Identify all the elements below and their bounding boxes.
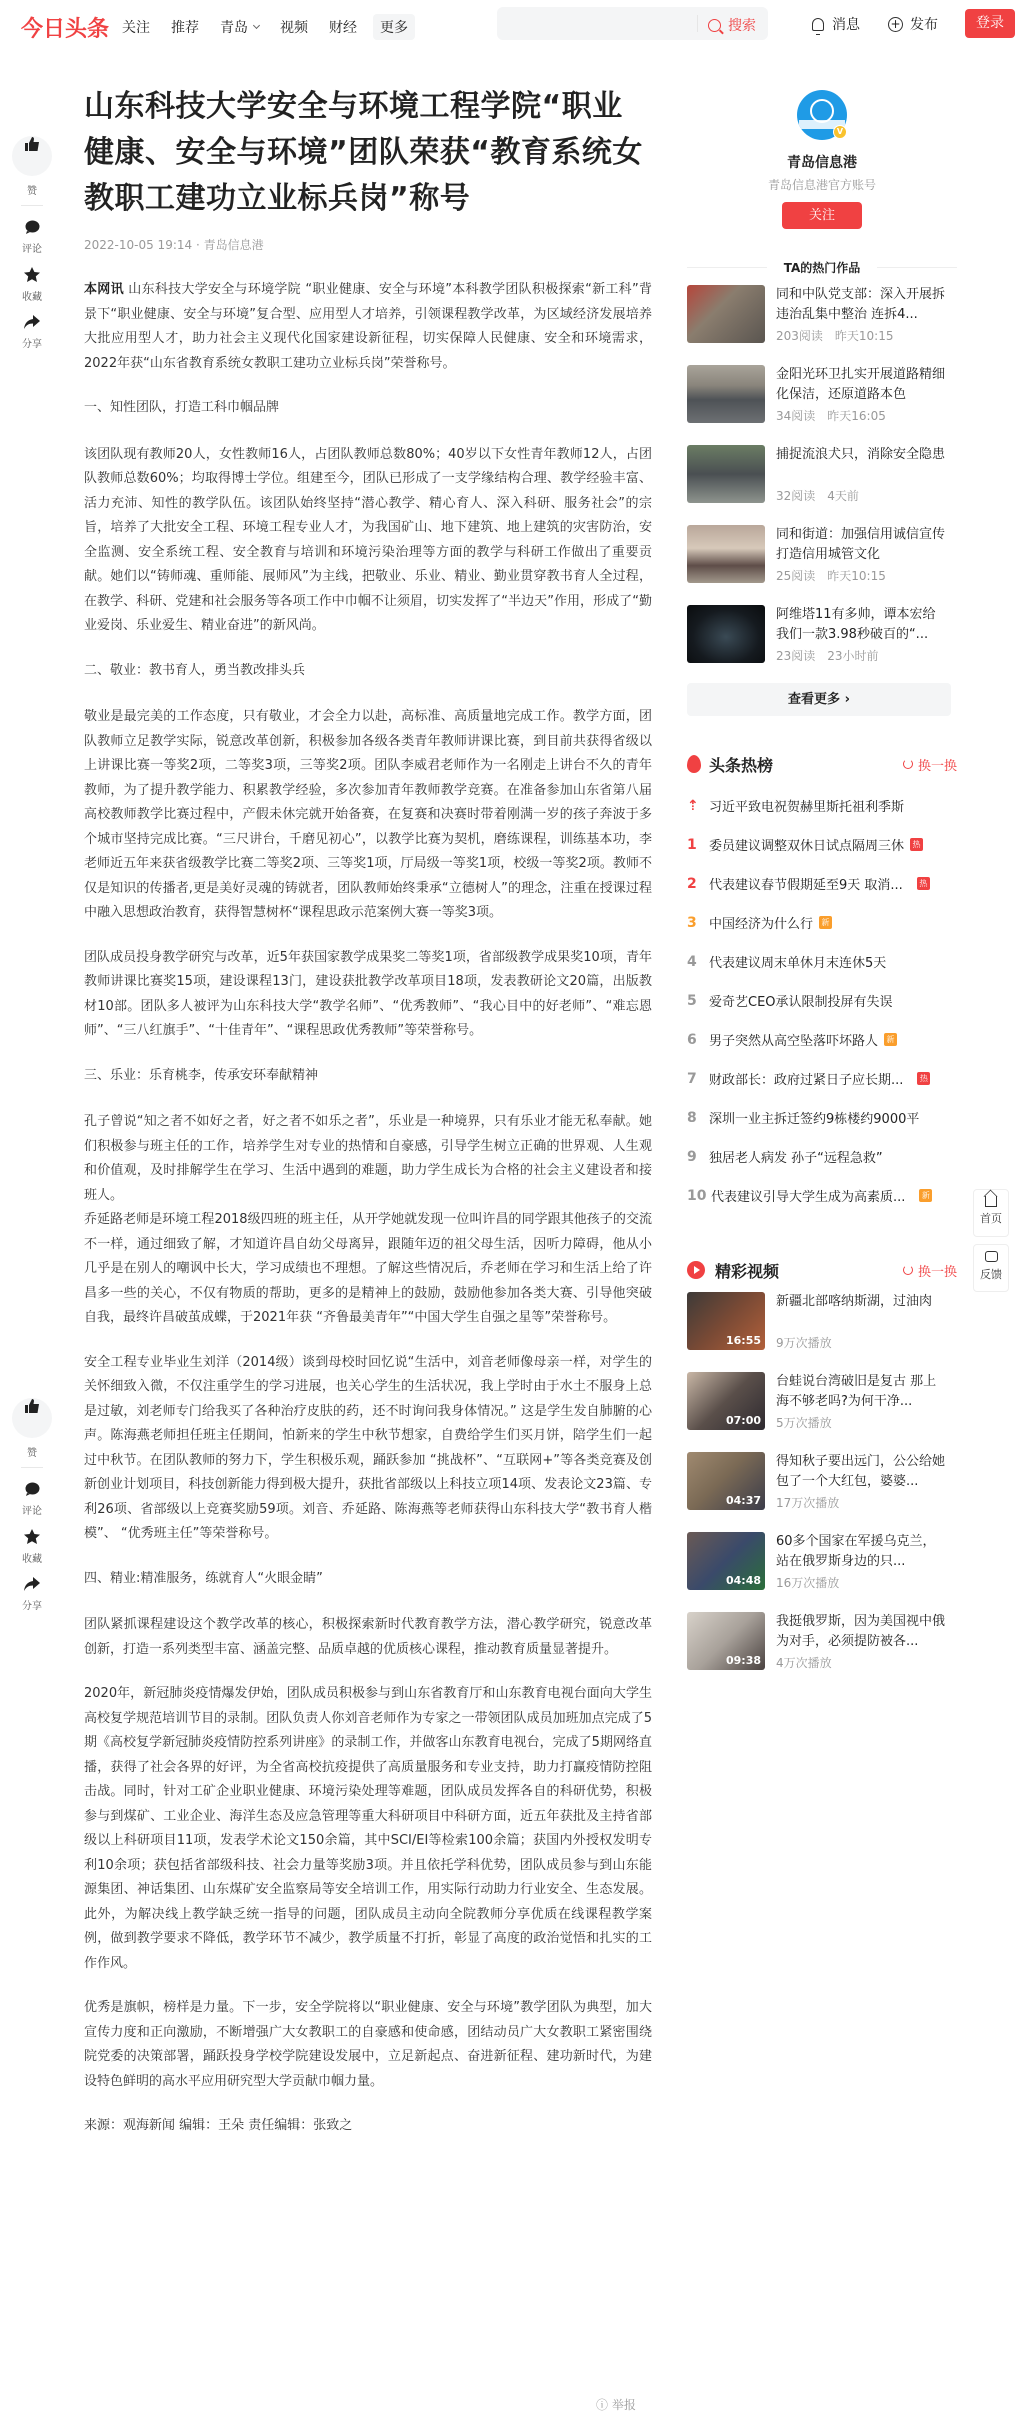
video-item[interactable]: 16:55 新疆北部喀纳斯湖，过油肉9万次播放 — [687, 1292, 957, 1364]
video-thumbnail: 04:37 — [687, 1452, 765, 1510]
report-button[interactable]: ⓘ 举报 — [596, 2396, 636, 2413]
comment-label: 评论 — [12, 1502, 52, 1517]
search-button-label: 搜索 — [728, 15, 756, 35]
video-title: 我挺俄罗斯，因为美国视中俄为对手，必须提防被各... — [776, 1612, 946, 1652]
share-icon[interactable] — [24, 1577, 40, 1591]
hot-badge: 热 — [917, 1072, 930, 1085]
article-actions-top: 赞 评论 收藏 分享 — [12, 136, 52, 358]
search-divider — [697, 15, 698, 32]
video-item[interactable]: 04:37 得知秋子要出远门，公公给她包了一个大红包，婆婆...17万次播放 — [687, 1452, 957, 1524]
paragraph: 优秀是旗帜，榜样是力量。下一步，安全学院将以“职业健康、安全与环境”教学团队为典… — [84, 1996, 652, 2094]
work-time: 昨天10:15 — [835, 329, 894, 343]
hot-item-text: 代表建议春节假期延至9天 取消... — [709, 874, 903, 893]
hot-board-title: 头条热榜 — [709, 753, 773, 776]
article-body: 本网讯 山东科技大学安全与环境学院 “职业健康、安全与环境”本科教学团队积极探索… — [84, 278, 652, 2139]
hot-item-text: 深圳一业主拆迁签约9栋楼约9000平 — [709, 1108, 919, 1127]
author-name[interactable]: 青岛信息港 — [687, 152, 957, 172]
author-card: V 青岛信息港 青岛信息港官方账号 关注 TA的热门作品 同和中队党支部：深入开… — [687, 84, 957, 716]
hot-item[interactable]: 4代表建议周末单休月末连休5天 — [687, 942, 957, 981]
video-item[interactable]: 09:38 我挺俄罗斯，因为美国视中俄为对手，必须提防被各...4万次播放 — [687, 1612, 957, 1684]
work-reads: 32阅读 — [776, 489, 815, 503]
like-button[interactable] — [12, 1398, 52, 1438]
search-input[interactable]: 搜索 — [497, 7, 768, 40]
hot-item[interactable]: 3中国经济为什么行新 — [687, 903, 957, 942]
refresh-icon — [903, 759, 913, 769]
video-title: 新疆北部喀纳斯湖，过油肉 — [776, 1292, 946, 1332]
comment-icon[interactable] — [25, 220, 40, 234]
nav-qingdao[interactable]: 青岛 — [220, 17, 259, 37]
hot-item[interactable]: 2代表建议春节假期延至9天 取消...热 — [687, 864, 957, 903]
hot-rank: 4 — [687, 954, 709, 970]
video-thumbnail: 09:38 — [687, 1612, 765, 1670]
paragraph: 团队成员投身教学研究与改革，近5年获国家教学成果奖二等奖1项，省部级教学成果奖1… — [84, 946, 652, 1044]
nav-follow[interactable]: 关注 — [122, 17, 150, 37]
article-actions-sticky: 赞 评论 收藏 分享 — [12, 1398, 52, 1620]
like-button[interactable] — [12, 136, 52, 176]
work-thumbnail — [687, 365, 765, 423]
hot-item-text: 独居老人病发 孙子“远程急救” — [709, 1147, 883, 1166]
thumbs-up-icon — [24, 136, 40, 152]
favorite-label: 收藏 — [12, 288, 52, 303]
follow-button[interactable]: 关注 — [782, 202, 862, 229]
paragraph: 本网讯 山东科技大学安全与环境学院 “职业健康、安全与环境”本科教学团队积极探索… — [84, 278, 652, 376]
paragraph: 安全工程专业毕业生刘洋（2014级）谈到母校时回忆说“生活中，刘音老师像母亲一样… — [84, 1351, 652, 1547]
work-reads: 23阅读 — [776, 649, 815, 663]
hot-rank: 2 — [687, 876, 709, 892]
feedback-button[interactable]: 反馈 — [973, 1244, 1009, 1292]
section-heading: 一、知性团队，打造工科巾帼品牌 — [84, 396, 652, 421]
video-title: 台蛙说台湾破旧是复古 那上海不够老吗?为何干净... — [776, 1372, 946, 1412]
top-navbar: 今日头条 关注 推荐 青岛 视频 财经 更多 搜索 消息 +发布 登录 — [0, 0, 1024, 50]
hot-item[interactable]: ⇡习近平致电祝贺赫里斯托祖利季斯 — [687, 786, 957, 825]
video-views: 16万次播放 — [776, 1574, 946, 1591]
paragraph: 团队紧抓课程建设这个教学改革的核心，积极探索新时代教育教学方法，潜心教学研究，锐… — [84, 1613, 652, 1662]
video-list: 16:55 新疆北部喀纳斯湖，过油肉9万次播放 07:00 台蛙说台湾破旧是复古… — [687, 1292, 957, 1684]
search-icon — [708, 19, 721, 32]
video-title: 得知秋子要出远门，公公给她包了一个大红包，婆婆... — [776, 1452, 946, 1492]
hot-works-heading: TA的热门作品 — [687, 259, 957, 275]
video-duration: 04:48 — [726, 1574, 761, 1587]
chevron-down-icon — [253, 21, 260, 28]
star-icon[interactable] — [24, 1529, 40, 1544]
video-views: 5万次播放 — [776, 1414, 946, 1431]
thumbs-up-icon — [24, 1398, 40, 1414]
author-description: 青岛信息港官方账号 — [687, 176, 957, 193]
share-label: 分享 — [12, 335, 52, 350]
home-label: 首页 — [980, 1212, 1002, 1225]
plus-circle-icon: + — [888, 17, 903, 32]
work-reads: 203阅读 — [776, 329, 823, 343]
refresh-button[interactable]: 换一换 — [903, 1261, 957, 1280]
section-heading: 二、敬业：教书育人，勇当教改排头兵 — [84, 659, 652, 684]
work-time: 昨天10:15 — [827, 569, 886, 583]
nav-finance[interactable]: 财经 — [329, 17, 357, 37]
article-meta: 2022-10-05 19:14 · 青岛信息港 — [84, 236, 652, 253]
hot-item-text: 习近平致电祝贺赫里斯托祖利季斯 — [709, 796, 904, 815]
report-label: 举报 — [612, 2398, 636, 2412]
hot-rank: 1 — [687, 837, 709, 853]
video-item[interactable]: 04:48 60多个国家在军援乌克兰，站在俄罗斯身边的只...16万次播放 — [687, 1532, 957, 1604]
share-label: 分享 — [12, 1597, 52, 1612]
pin-top-icon: ⇡ — [687, 798, 709, 814]
lead-label: 本网讯 — [84, 282, 124, 297]
login-button[interactable]: 登录 — [965, 9, 1015, 38]
divider — [21, 205, 43, 206]
favorite-label: 收藏 — [12, 1550, 52, 1565]
comment-icon[interactable] — [25, 1482, 40, 1496]
video-views: 9万次播放 — [776, 1334, 946, 1351]
hot-rank: 3 — [687, 915, 709, 931]
paragraph-text: 山东科技大学安全与环境学院 “职业健康、安全与环境”本科教学团队积极探索“新工科… — [84, 282, 652, 371]
work-time: 23小时前 — [827, 649, 878, 663]
hot-rank: 8 — [687, 1110, 709, 1126]
hot-rank: 7 — [687, 1071, 709, 1087]
paragraph: 乔延路老师是环境工程2018级四班的班主任，从开学她就发现一位叫许昌的同学跟其他… — [84, 1208, 652, 1331]
article-author[interactable]: 青岛信息港 — [204, 238, 264, 252]
feedback-icon — [985, 1251, 998, 1262]
paragraph: 孔子曾说“知之者不如好之者，好之者不如乐之者”，乐业是一种境界，只有乐业才能无私… — [84, 1110, 652, 1208]
nav-video[interactable]: 视频 — [280, 17, 308, 37]
work-item[interactable]: 阿维塔11有多帅，谭本宏给我们一款3.98秒破百的“...23阅读23小时前 — [687, 605, 957, 677]
video-thumbnail: 07:00 — [687, 1372, 765, 1430]
messages-label: 消息 — [832, 14, 860, 34]
messages-button[interactable]: 消息 — [812, 14, 860, 34]
hot-item[interactable]: 9独居老人病发 孙子“远程急救” — [687, 1137, 957, 1176]
hot-works-list: 同和中队党支部：深入开展拆违治乱集中整治 连拆4...203阅读昨天10:15 … — [687, 285, 957, 677]
hot-item[interactable]: 8深圳一业主拆迁签约9栋楼约9000平 — [687, 1098, 957, 1137]
videos-title: 精彩视频 — [715, 1259, 779, 1282]
publish-button[interactable]: +发布 — [888, 14, 938, 34]
work-thumbnail — [687, 285, 765, 343]
new-badge: 新 — [819, 916, 832, 929]
featured-videos: 精彩视频 换一换 16:55 新疆北部喀纳斯湖，过油肉9万次播放 07:00 台… — [687, 1258, 957, 1692]
toutiao-logo[interactable]: 今日头条 — [21, 12, 109, 43]
article: 山东科技大学安全与环境工程学院“职业健康、安全与环境”团队荣获“教育系统女教职工… — [84, 84, 652, 2159]
work-item[interactable]: 金阳光环卫扎实开展道路精细化保洁，还原道路本色34阅读昨天16:05 — [687, 365, 957, 437]
comment-label: 评论 — [12, 240, 52, 255]
hot-item-text: 代表建议周末单休月末连休5天 — [709, 952, 886, 971]
video-views: 4万次播放 — [776, 1654, 946, 1671]
nav-more[interactable]: 更多 — [373, 14, 415, 40]
refresh-label: 换一换 — [918, 755, 957, 774]
see-more-button[interactable]: 查看更多 › — [687, 683, 951, 716]
hot-item[interactable]: 5爱奇艺CEO承认限制投屏有失误 — [687, 981, 957, 1020]
work-title: 捕捉流浪犬只，消除安全隐患 — [776, 445, 946, 485]
refresh-button[interactable]: 换一换 — [903, 755, 957, 774]
nav-qingdao-label: 青岛 — [220, 17, 248, 37]
refresh-icon — [903, 1265, 913, 1275]
video-item[interactable]: 07:00 台蛙说台湾破旧是复古 那上海不够老吗?为何干净...5万次播放 — [687, 1372, 957, 1444]
video-duration: 07:00 — [726, 1414, 761, 1427]
home-button[interactable]: 首页 — [973, 1189, 1009, 1237]
hot-item-text: 委员建议调整双休日试点隔周三休 — [709, 835, 904, 854]
work-item[interactable]: 同和街道：加强信用诚信宣传 打造信用城管文化25阅读昨天10:15 — [687, 525, 957, 597]
hot-badge: 热 — [917, 877, 930, 890]
refresh-label: 换一换 — [918, 1261, 957, 1280]
info-circle-icon: ⓘ — [596, 2398, 608, 2412]
hot-board: 头条热榜 换一换 ⇡习近平致电祝贺赫里斯托祖利季斯 1委员建议调整双休日试点隔周… — [687, 752, 957, 1215]
feedback-label: 反馈 — [980, 1268, 1002, 1281]
divider — [21, 1467, 43, 1468]
hot-item-text: 财政部长：政府过紧日子应长期... — [709, 1069, 903, 1088]
work-title: 阿维塔11有多帅，谭本宏给我们一款3.98秒破百的“... — [776, 605, 946, 645]
work-item[interactable]: 捕捉流浪犬只，消除安全隐患32阅读4天前 — [687, 445, 957, 517]
work-time: 4天前 — [827, 489, 859, 503]
video-views: 17万次播放 — [776, 1494, 946, 1511]
hot-item-text: 男子突然从高空坠落吓坏路人 — [709, 1030, 878, 1049]
search-button[interactable]: 搜索 — [708, 15, 756, 35]
publish-label: 发布 — [910, 14, 938, 34]
work-item[interactable]: 同和中队党支部：深入开展拆违治乱集中整治 连拆4...203阅读昨天10:15 — [687, 285, 957, 357]
hot-rank: 6 — [687, 1032, 709, 1048]
paragraph: 2020年，新冠肺炎疫情爆发伊始，团队成员积极参与到山东省教育厅和山东教育电视台… — [84, 1682, 652, 1976]
video-thumbnail: 04:48 — [687, 1532, 765, 1590]
video-title: 60多个国家在军援乌克兰，站在俄罗斯身边的只... — [776, 1532, 946, 1572]
hot-rank: 10 — [687, 1188, 711, 1204]
channel-nav: 关注 推荐 青岛 视频 财经 更多 — [122, 14, 436, 40]
nav-recommend[interactable]: 推荐 — [171, 17, 199, 37]
article-title: 山东科技大学安全与环境工程学院“职业健康、安全与环境”团队荣获“教育系统女教职工… — [84, 84, 652, 222]
hot-list: ⇡习近平致电祝贺赫里斯托祖利季斯 1委员建议调整双休日试点隔周三休热 2代表建议… — [687, 786, 957, 1215]
hot-rank: 5 — [687, 993, 709, 1009]
bell-icon — [812, 18, 824, 31]
work-title: 同和街道：加强信用诚信宣传 打造信用城管文化 — [776, 525, 946, 565]
share-icon[interactable] — [24, 315, 40, 329]
new-badge: 新 — [884, 1033, 897, 1046]
hot-item-text: 代表建议引导大学生成为高素质... — [711, 1186, 905, 1205]
hot-item-text: 爱奇艺CEO承认限制投屏有失误 — [709, 991, 893, 1010]
verified-badge-icon: V — [833, 125, 847, 139]
work-thumbnail — [687, 605, 765, 663]
hot-badge: 热 — [910, 838, 923, 851]
work-time: 昨天16:05 — [827, 409, 886, 423]
home-icon — [985, 1196, 997, 1207]
hot-rank: 9 — [687, 1149, 709, 1165]
video-duration: 04:37 — [726, 1494, 761, 1507]
new-badge: 新 — [919, 1189, 932, 1202]
source-credits: 来源：观海新闻 编辑：王朵 责任编辑：张致之 — [84, 2114, 652, 2139]
work-thumbnail — [687, 525, 765, 583]
hot-item[interactable]: 6男子突然从高空坠落吓坏路人新 — [687, 1020, 957, 1059]
work-title: 同和中队党支部：深入开展拆违治乱集中整治 连拆4... — [776, 285, 946, 325]
like-label: 赞 — [12, 1444, 52, 1459]
section-heading: 四、精业:精准服务，练就育人“火眼金睛” — [84, 1567, 652, 1592]
work-reads: 34阅读 — [776, 409, 815, 423]
hot-item-text: 中国经济为什么行 — [709, 913, 813, 932]
paragraph: 该团队现有教师20人，女性教师16人，占团队教师总数80%；40岁以下女性青年教… — [84, 443, 652, 639]
star-icon[interactable] — [24, 267, 40, 282]
video-thumbnail: 16:55 — [687, 1292, 765, 1350]
like-label: 赞 — [12, 182, 52, 197]
hot-item[interactable]: 10代表建议引导大学生成为高素质...新 — [687, 1176, 957, 1215]
section-heading: 三、乐业：乐育桃李，传承安环奉献精神 — [84, 1064, 652, 1089]
work-thumbnail — [687, 445, 765, 503]
hot-item[interactable]: 1委员建议调整双休日试点隔周三休热 — [687, 825, 957, 864]
flame-icon — [687, 755, 701, 773]
video-duration: 16:55 — [726, 1334, 761, 1347]
work-title: 金阳光环卫扎实开展道路精细化保洁，还原道路本色 — [776, 365, 946, 405]
work-reads: 25阅读 — [776, 569, 815, 583]
paragraph: 敬业是最完美的工作态度，只有敬业，才会全力以赴，高标准、高质量地完成工作。教学方… — [84, 705, 652, 926]
video-duration: 09:38 — [726, 1654, 761, 1667]
hot-item[interactable]: 7财政部长：政府过紧日子应长期...热 — [687, 1059, 957, 1098]
play-circle-icon — [687, 1261, 705, 1279]
publish-date: 2022-10-05 19:14 — [84, 238, 192, 252]
